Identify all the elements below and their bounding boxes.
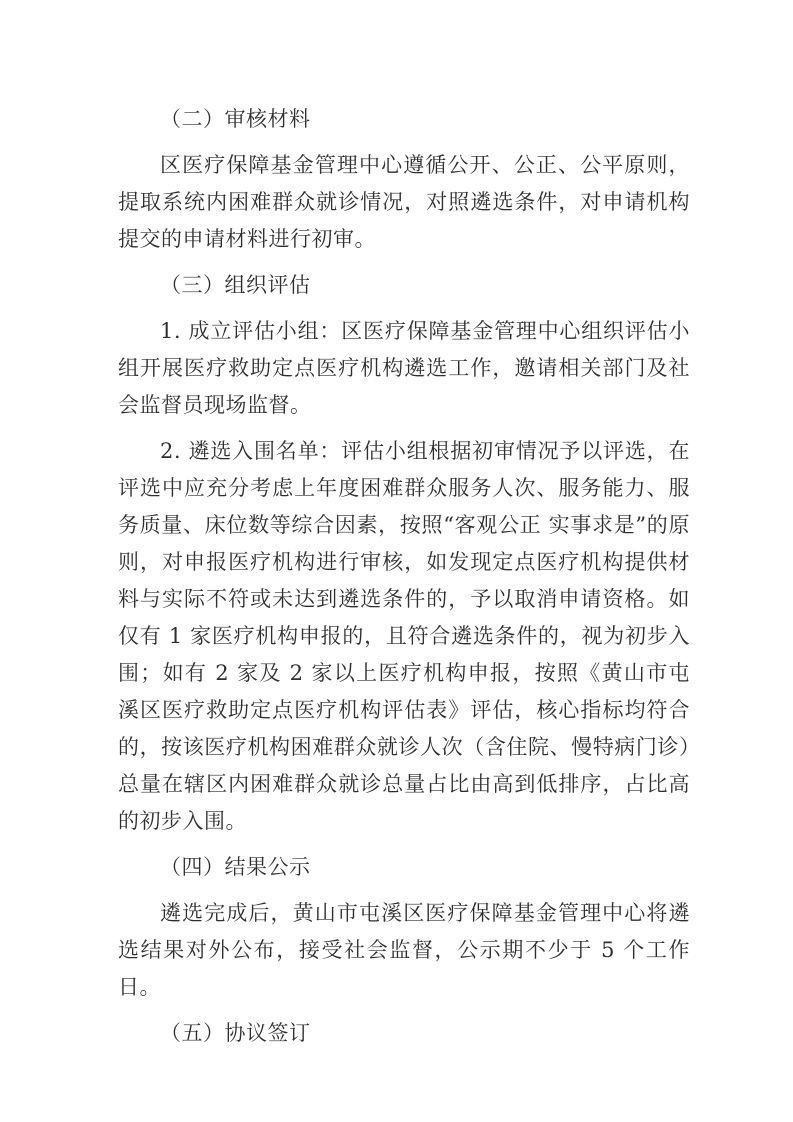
paragraph: （五）协议签订 (118, 1015, 690, 1052)
paragraph: （四）结果公示 (118, 849, 690, 886)
paragraph: （三）组织评估 (118, 267, 690, 304)
paragraph: 遴选完成后，黄山市屯溪区医疗保障基金管理中心将遴选结果对外公布，接受社会监督，公… (118, 895, 690, 1006)
document-page: （二）审核材料区医疗保障基金管理中心遵循公开、公正、公平原则，提取系统内困难群众… (0, 0, 793, 1122)
paragraph: 1. 成立评估小组：区医疗保障基金管理中心组织评估小组开展医疗救助定点医疗机构遴… (118, 313, 690, 424)
paragraph: 区医疗保障基金管理中心遵循公开、公正、公平原则，提取系统内困难群众就诊情况，对照… (118, 147, 690, 258)
document-body: （二）审核材料区医疗保障基金管理中心遵循公开、公正、公平原则，提取系统内困难群众… (118, 101, 690, 1052)
paragraph: 2. 遴选入围名单：评估小组根据初审情况予以评选，在评选中应充分考虑上年度困难群… (118, 433, 690, 840)
paragraph: （二）审核材料 (118, 101, 690, 138)
